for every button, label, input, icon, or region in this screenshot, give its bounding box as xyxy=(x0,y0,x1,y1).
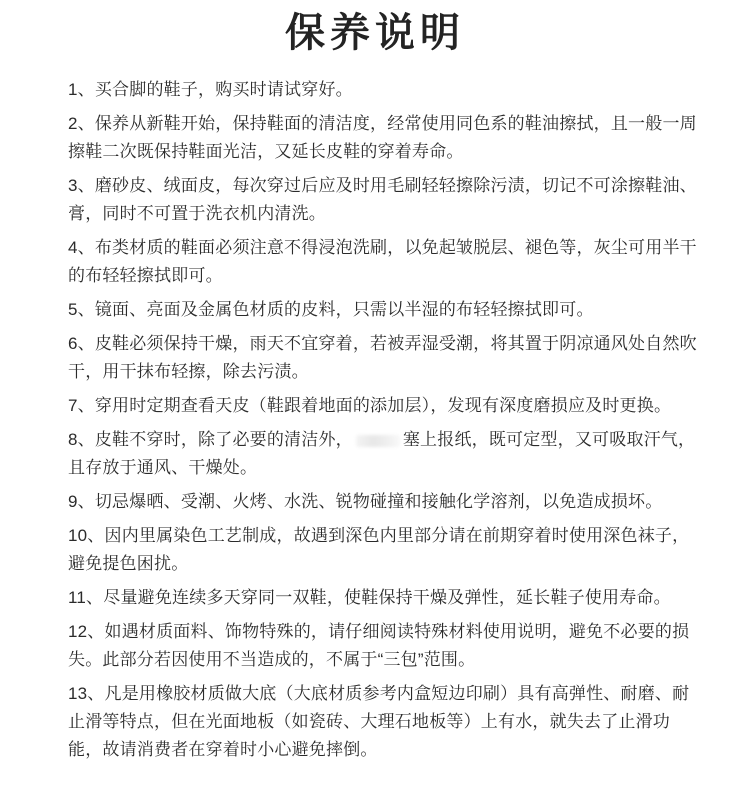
instruction-item: 12、如遇材质面料、饰物特殊的，请仔细阅读特殊材料使用说明，避免不必要的损失。此… xyxy=(68,618,700,674)
instruction-item: 13、凡是用橡胶材质做大底（大底材质参考内盒短边印刷）具有高弹性、耐磨、耐止滑等… xyxy=(68,680,700,764)
instruction-list: 1、买合脚的鞋子，购买时请试穿好。2、保养从新鞋开始，保持鞋面的清洁度，经常使用… xyxy=(68,76,700,764)
instruction-item: 5、镜面、亮面及金属色材质的皮料，只需以半湿的布轻轻擦拭即可。 xyxy=(68,296,700,324)
instruction-item: 2、保养从新鞋开始，保持鞋面的清洁度，经常使用同色系的鞋油擦拭，且一般一周擦鞋二… xyxy=(68,110,700,166)
instruction-item: 10、因内里属染色工艺制成，故遇到深色内里部分请在前期穿着时使用深色袜子，避免提… xyxy=(68,522,700,578)
instruction-item: 4、布类材质的鞋面必须注意不得浸泡洗刷，以免起皱脱层、褪色等，灰尘可用半干的布轻… xyxy=(68,234,700,290)
page-title: 保养说明 xyxy=(0,8,750,58)
instruction-item: 8、皮鞋不穿时，除了必要的清洁外，塞上报纸，既可定型，又可吸取汗气，且存放于通风… xyxy=(68,426,700,482)
erased-text-smudge xyxy=(356,435,400,447)
instruction-item: 11、尽量避免连续多天穿同一双鞋，使鞋保持干燥及弹性，延长鞋子使用寿命。 xyxy=(68,584,700,612)
instruction-text: 8、皮鞋不穿时，除了必要的清洁外， xyxy=(68,430,353,449)
care-instructions-document: 保养说明 1、买合脚的鞋子，购买时请试穿好。2、保养从新鞋开始，保持鞋面的清洁度… xyxy=(0,0,750,804)
instruction-item: 7、穿用时定期查看天皮（鞋跟着地面的添加层），发现有深度磨损应及时更换。 xyxy=(68,392,700,420)
instruction-item: 9、切忌爆晒、受潮、火烤、水洗、锐物碰撞和接触化学溶剂，以免造成损坏。 xyxy=(68,488,700,516)
instruction-item: 1、买合脚的鞋子，购买时请试穿好。 xyxy=(68,76,700,104)
instruction-item: 3、磨砂皮、绒面皮，每次穿过后应及时用毛刷轻轻擦除污渍，切记不可涂擦鞋油、膏，同… xyxy=(68,172,700,228)
instruction-item: 6、皮鞋必须保持干燥，雨天不宜穿着，若被弄湿受潮，将其置于阴凉通风处自然吹干，用… xyxy=(68,330,700,386)
